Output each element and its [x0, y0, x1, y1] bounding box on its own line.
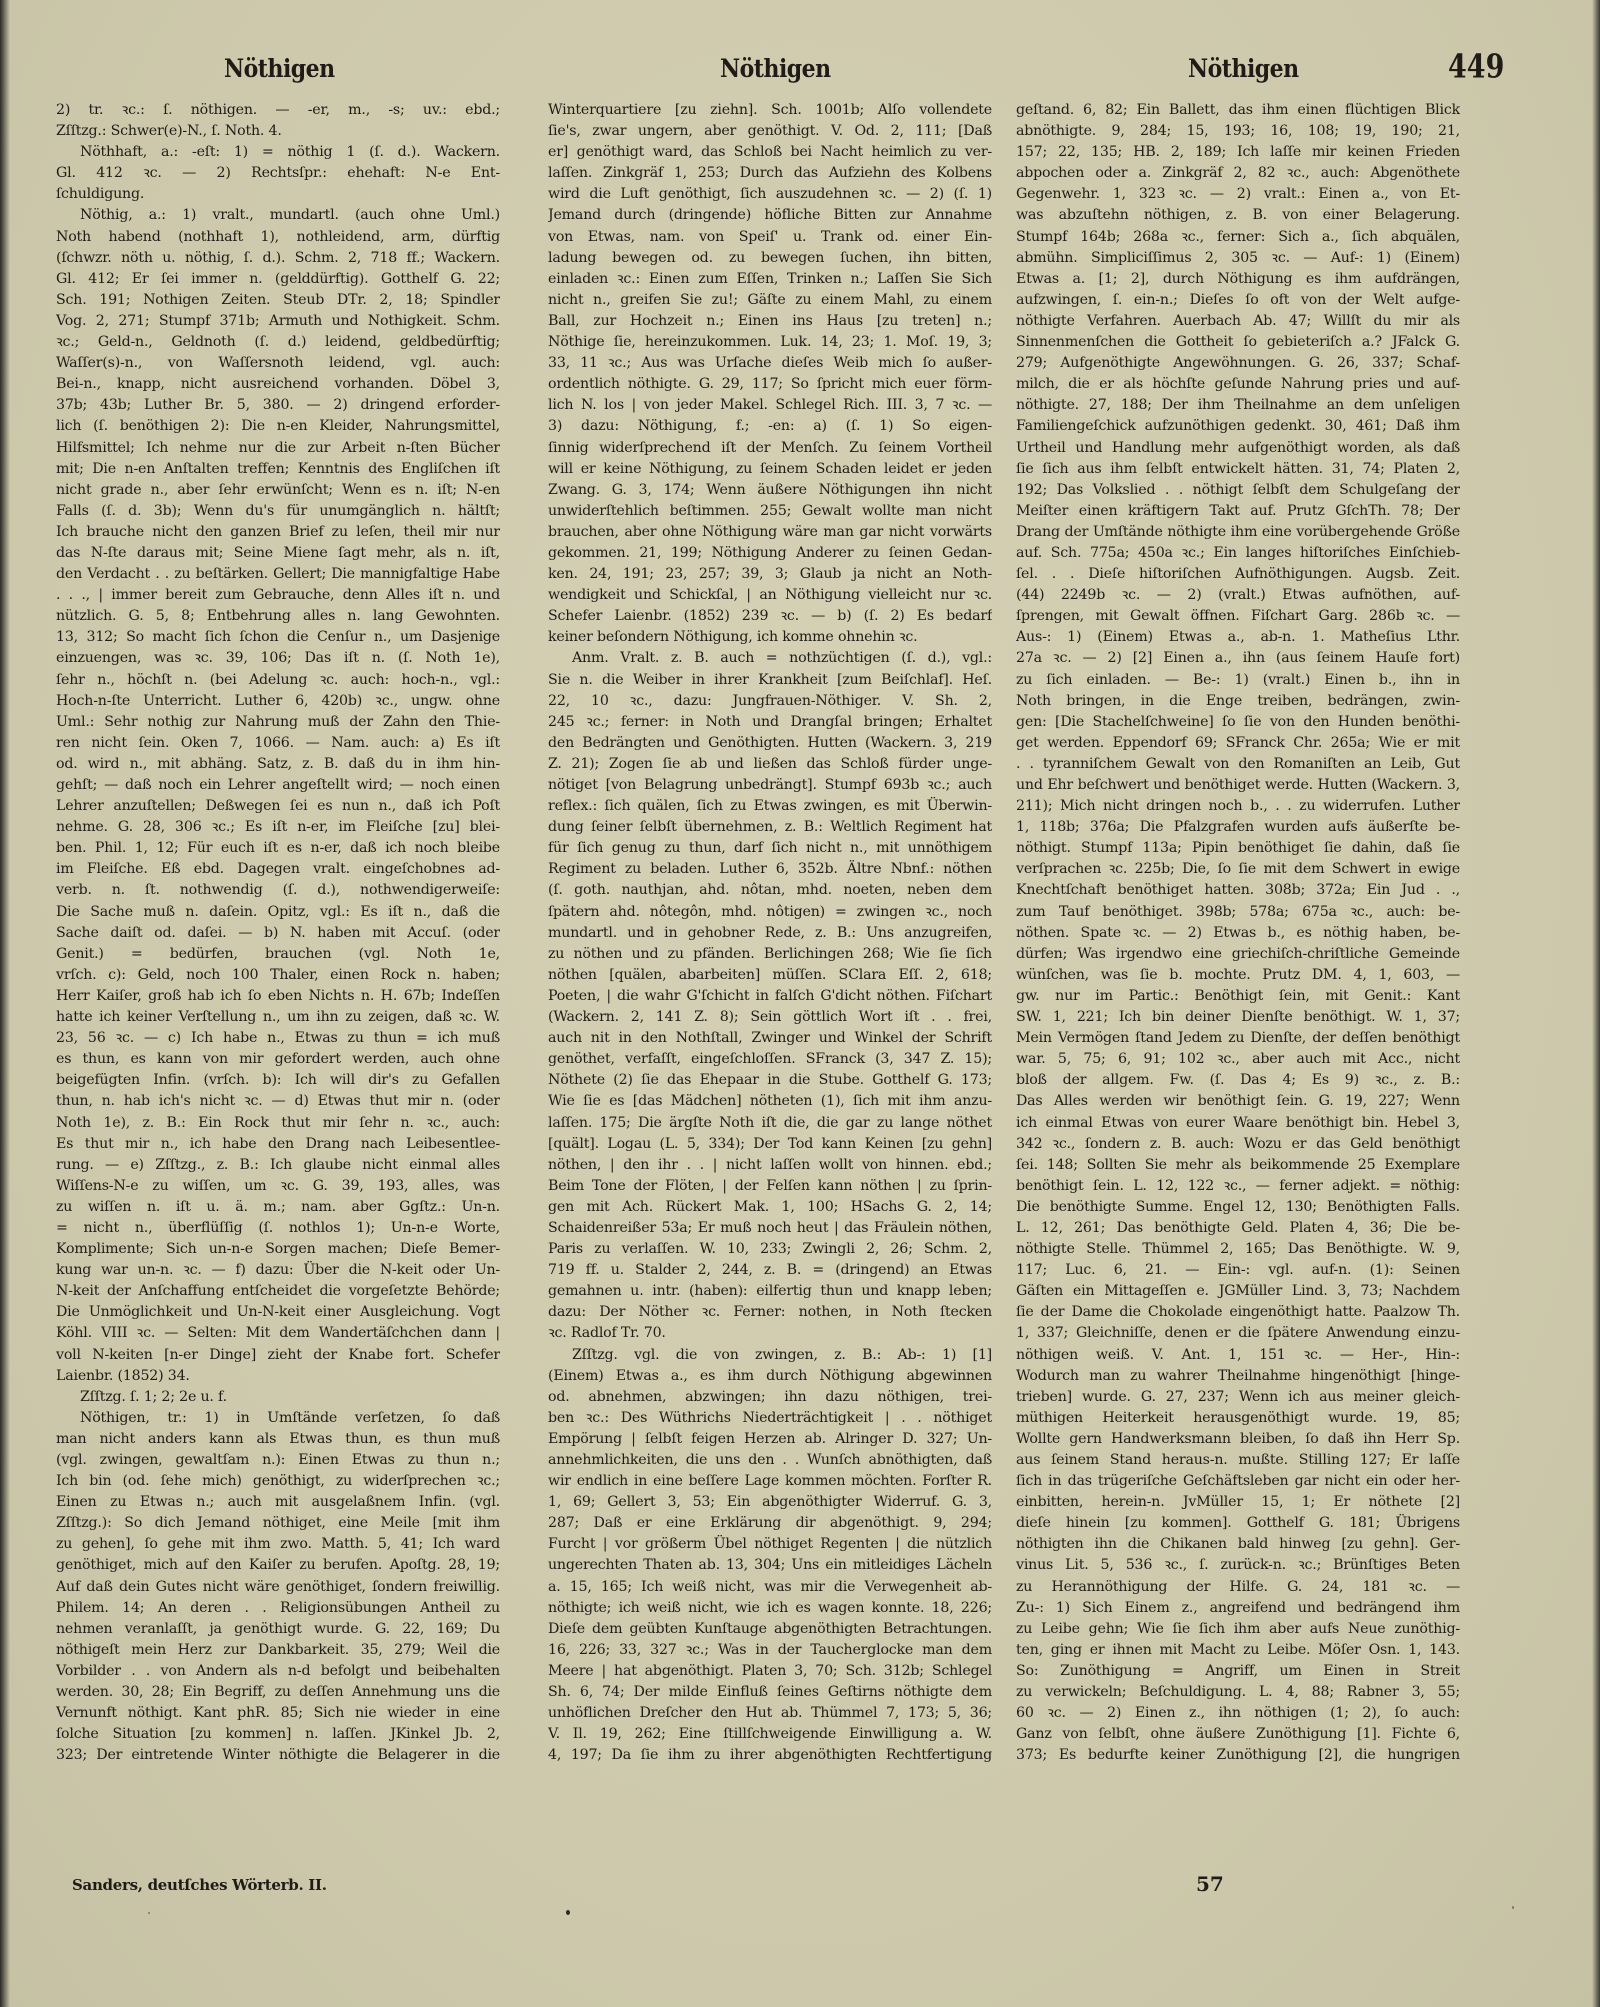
- text-line: trieben] wurde. G. 27, 237; Wenn ich aus…: [1016, 1387, 1460, 1408]
- text-line: gen mit Ach. Rückert Mak. 1, 100; HSachs…: [548, 1197, 992, 1218]
- text-line: ken. 24, 191; 23, 257; 39, 3; Glaub ja n…: [548, 564, 992, 585]
- text-line: Die Sache muß n. daſein. Opitz, vgl.: Es…: [56, 902, 500, 923]
- text-line: zu ſich einladen. — Be-: 1) (vralt.) Ein…: [1016, 670, 1460, 691]
- text-line: ꝛc.; Geld-n., Geldnoth (ſ. d.) leidend, …: [56, 332, 500, 353]
- text-line: 22, 10 ꝛc., dazu: Jungfrauen-Nöthiger. V…: [548, 691, 992, 712]
- text-line: (ſchwzr. nöth u. nöthig, ſ. d.). Schm. 2…: [56, 248, 500, 269]
- text-line: auch nit in den Nothſtall, Zwinger und W…: [548, 1028, 992, 1049]
- text-line: wendigkeit und Schickſal, | an Nöthigung…: [548, 585, 992, 606]
- text-line: Nöthige ſie, hereinzukommen. Luk. 14, 23…: [548, 332, 992, 353]
- text-line: zu wiſſen n. iſt u. ä. m.; nam. aber Ggſ…: [56, 1197, 500, 1218]
- text-line: So: Zunöthigung = Angriff, um Einen in S…: [1016, 1661, 1460, 1682]
- text-line: nöthen, | den ihr . . | nicht laſſen wol…: [548, 1155, 992, 1176]
- text-line: ſich in das trügeriſche Geſchäftsleben g…: [1016, 1471, 1460, 1492]
- text-line: Herr Kaiſer, groß hab ich ſo eben Nichts…: [56, 986, 500, 1007]
- text-line: Nöthig, a.: 1) vralt., mundartl. (auch o…: [56, 205, 500, 226]
- text-line: Nöthhaft, a.: -eſt: 1) = nöthig 1 (ſ. d.…: [56, 142, 500, 163]
- text-line: nöthigte Verfahren. Auerbach Ab. 47; Wil…: [1016, 311, 1460, 332]
- text-line: wir endlich in eine beſſere Lage kommen …: [548, 1471, 992, 1492]
- text-line: Drang der Umſtände nöthigte ihm eine vor…: [1016, 522, 1460, 543]
- text-line: Jemand durch (dringende) höfliche Bitten…: [548, 205, 992, 226]
- text-line: genöthet, verfaſſt, eingeſchloſſen. SFra…: [548, 1049, 992, 1070]
- text-line: 3) dazu: Nöthigung, f.; -en: a) (ſ. 1) S…: [548, 416, 992, 437]
- text-line: . . tyranniſchem Gewalt von den Romaniſt…: [1016, 754, 1460, 775]
- text-line: ladung bewegen od. zu bewegen ſuchen, ih…: [548, 248, 992, 269]
- text-line: ben. Phil. 1, 12; Für euch iſt es n-er, …: [56, 838, 500, 859]
- text-line: nicht n., greifen Sie zu!; Gäſte zu eine…: [548, 290, 992, 311]
- print-speck: [566, 1910, 570, 1915]
- text-line: Lehrer anzuſtellen; Deßwegen ſei es nun …: [56, 796, 500, 817]
- text-line: kung war un-n. ꝛc. — f) dazu: Über die N…: [56, 1260, 500, 1281]
- signature-mark: 57: [1196, 1872, 1224, 1896]
- text-line: gen: [Die Stachelſchweine] ſo ſie von de…: [1016, 712, 1460, 733]
- headword-right: Nöthigen: [1188, 54, 1299, 84]
- text-line: 33, 11 ꝛc.; Aus was Urſache dieſes Weib …: [548, 353, 992, 374]
- text-line: lich N. los | von jeder Makel. Schlegel …: [548, 395, 992, 416]
- text-line: 4, 197; Da ſie ihm zu ihrer abgenöthigte…: [548, 1745, 992, 1766]
- text-line: V. Il. 19, 262; Eine ſtillſchweigende Ei…: [548, 1724, 992, 1745]
- text-line: Mein Vermögen ſtand Jedem zu Dienſte, de…: [1016, 1028, 1460, 1049]
- text-line: nötiget [von Belagrung unbedrängt]. Stum…: [548, 775, 992, 796]
- print-speck: [1512, 1906, 1514, 1909]
- text-line: Es thut mir n., ich habe den Drang nach …: [56, 1134, 500, 1155]
- text-line: 279; Aufgenöthigte Angewöhnungen. G. 26,…: [1016, 353, 1460, 374]
- text-line: od. wird n., mit abhäng. Satz, z. B. daß…: [56, 754, 500, 775]
- text-line: Zſſtzg.: Schwer(e)-N., ſ. Noth. 4.: [56, 121, 500, 142]
- text-line: den Bedrängten und Genöthigten. Hutten (…: [548, 733, 992, 754]
- text-line: (Einem) Etwas a., es ihm durch Nöthigung…: [548, 1366, 992, 1387]
- text-line: Schefer Laienbr. (1852) 239 ꝛc. — b) (ſ.…: [548, 606, 992, 627]
- text-line: gekommen. 21, 199; Nöthigung Anderer zu …: [548, 543, 992, 564]
- text-line: Zwang. G. 3, 174; Wenn äußere Nöthigunge…: [548, 480, 992, 501]
- text-line: ſprengen, mit Gewalt öffnen. Fiſchart Ga…: [1016, 606, 1460, 627]
- text-line: abnöthigte. 9, 284; 15, 193; 16, 108; 19…: [1016, 121, 1460, 142]
- text-line: von Etwas, nam. von Speiſ' u. Trank od. …: [548, 227, 992, 248]
- text-line: 23, 56 ꝛc. — c) Ich habe n., Etwas zu th…: [56, 1028, 500, 1049]
- text-line: nöthigen weiß. V. Ant. 1, 151 ꝛc. — Her-…: [1016, 1345, 1460, 1366]
- text-line: milch, die er als höchſte geſunde Nahrun…: [1016, 374, 1460, 395]
- text-line: Wodurch man zu wahrer Theilnahme hingenö…: [1016, 1366, 1460, 1387]
- text-line: Wie ſie es [das Mädchen] nötheten (1), ſ…: [548, 1091, 992, 1112]
- text-line: Hilfsmittel; Ich nehme nur die zur Arbei…: [56, 438, 500, 459]
- headword-center: Nöthigen: [720, 54, 831, 84]
- text-line: ſie ſich aus ihm ſelbſt entwickelt hätte…: [1016, 459, 1460, 480]
- text-line: mundartl. und in gehobner Rede, z. B.: U…: [548, 923, 992, 944]
- text-line: und Ehr beſchwert und benöthiget werde. …: [1016, 775, 1460, 796]
- text-line: Noth 1e), z. B.: Ein Rock thut mir ſehr …: [56, 1113, 500, 1134]
- text-line: Die benöthigte Summe. Engel 12, 130; Ben…: [1016, 1197, 1460, 1218]
- text-line: = nicht n., überflüſſig (ſ. nothlos 1); …: [56, 1218, 500, 1239]
- text-line: od. abnehmen, abzwingen; ihn dazu nöthig…: [548, 1387, 992, 1408]
- text-line: Knechtſchaft benöthiget hatten. 308b; 37…: [1016, 880, 1460, 901]
- text-line: müthigen Heiterkeit herausgenöthigt wurd…: [1016, 1408, 1460, 1429]
- text-line: 373; Es bedurfte keiner Zunöthigung [2],…: [1016, 1745, 1460, 1766]
- text-line: er] genöthigt ward, das Schloß bei Nacht…: [548, 142, 992, 163]
- text-line: Ganz von ſelbſt, ohne äußere Zunöthigung…: [1016, 1724, 1460, 1745]
- text-line: einzuengen, was ꝛc. 39, 106; Das iſt n. …: [56, 648, 500, 669]
- text-line: Vog. 2, 271; Stumpf 371b; Armuth und Not…: [56, 311, 500, 332]
- text-line: Zſſtzg.): So dich Jemand nöthiget, eine …: [56, 1513, 500, 1534]
- text-line: (44) 2249b ꝛc. — 2) (vralt.) Etwas aufnö…: [1016, 585, 1460, 606]
- text-line: Vernunft nöthigt. Kant phR. 85; Sich nie…: [56, 1703, 500, 1724]
- text-line: Philem. 14; An deren . . Religionsübunge…: [56, 1598, 500, 1619]
- text-line: Ball, zur Hochzeit n.; Einen ins Haus [z…: [548, 311, 992, 332]
- source-line: Sanders, deutſches Wörterb. II.: [72, 1876, 327, 1894]
- text-line: ſpätern ahd. nôtegôn, mhd. nôtigen) = zw…: [548, 902, 992, 923]
- text-line: nöthen [quälen, abarbeiten] müſſen. SCla…: [548, 965, 992, 986]
- text-line: 2) tr. ꝛc.: ſ. nöthigen. — -er, m., -s; …: [56, 100, 500, 121]
- text-column-1: 2) tr. ꝛc.: ſ. nöthigen. — -er, m., -s; …: [56, 100, 500, 1766]
- text-line: zu gehen], ſo gehe mit ihm zwo. Matth. 5…: [56, 1534, 500, 1555]
- text-line: Wiſſens-N-e zu wiſſen, um ꝛc. G. 39, 193…: [56, 1176, 500, 1197]
- text-line: 1, 69; Gellert 3, 53; Ein abgenöthigter …: [548, 1492, 992, 1513]
- text-line: aufzwingen, ſ. ein-n.; Dieſes ſo oft von…: [1016, 290, 1460, 311]
- text-line: Meere | hat abgenöthigt. Platen 3, 70; S…: [548, 1661, 992, 1682]
- text-line: Anm. Vralt. z. B. auch = nothzüchtigen (…: [548, 648, 992, 669]
- text-line: geſtand. 6, 82; Ein Ballett, das ihm ein…: [1016, 100, 1460, 121]
- text-line: verſprachen ꝛc. 225b; Die, ſo ſie mit de…: [1016, 859, 1460, 880]
- text-line: thun, n. hab ich's nicht ꝛc. — d) Etwas …: [56, 1091, 500, 1112]
- text-line: ordentlich nöthigte. G. 29, 117; So ſpri…: [548, 374, 992, 395]
- text-line: ſinnig widerſprechend iſt der Menſch. Zu…: [548, 438, 992, 459]
- text-line: (Wackern. 2, 141 Z. 8); Sein göttlich Wo…: [548, 1007, 992, 1028]
- text-line: 13, 312; So macht ſich ſchon die Cenſur …: [56, 627, 500, 648]
- text-line: 192; Das Volkslied . . nöthigt ſelbſt de…: [1016, 480, 1460, 501]
- text-line: 16, 226; 33, 327 ꝛc.; Was in der Taucher…: [548, 1640, 992, 1661]
- text-line: Gegenwehr. 1, 323 ꝛc. — 2) vralt.: Einen…: [1016, 184, 1460, 205]
- text-line: Stumpf 164b; 268a ꝛc., ferner: Sich a., …: [1016, 227, 1460, 248]
- text-column-3: geſtand. 6, 82; Ein Ballett, das ihm ein…: [1016, 100, 1460, 1766]
- text-line: nehmen veranlaſſt, ja genöthigt wurde. G…: [56, 1619, 500, 1640]
- page-edge-shadow-right: [1592, 0, 1600, 2007]
- text-line: Regiment zu beladen. Luther 6, 352b. Ält…: [548, 859, 992, 880]
- text-line: Schaidenreißer 53a; Er muß noch heut | d…: [548, 1218, 992, 1239]
- text-line: Gl. 412 ꝛc. — 2) Rechtsſpr.: ehehaft: N-…: [56, 163, 500, 184]
- text-line: 1, 337; Gleichniſſe, denen er die ſpäter…: [1016, 1323, 1460, 1344]
- text-line: Furcht | vor größerm Übel nöthiget Regen…: [548, 1534, 992, 1555]
- text-line: nehme. G. 28, 306 ꝛc.; Es iſt n-er, im F…: [56, 817, 500, 838]
- text-line: vinus Lit. 5, 536 ꝛc., ſ. zurück-n. ꝛc.;…: [1016, 1555, 1460, 1576]
- text-line: man nicht anders kann als Etwas thun, es…: [56, 1429, 500, 1450]
- text-line: werden. 30, 28; Ein Begriff, zu deſſen A…: [56, 1682, 500, 1703]
- text-line: gw. nur im Partic.: Benöthigt ſein, mit …: [1016, 986, 1460, 1007]
- text-line: im Fleiſche. Eß ebd. Dagegen vralt. eing…: [56, 859, 500, 880]
- page-number: 449: [1448, 49, 1504, 86]
- text-line: 37b; 43b; Luther Br. 5, 380. — 2) dringe…: [56, 395, 500, 416]
- text-line: 323; Der eintretende Winter nöthigte die…: [56, 1745, 500, 1766]
- text-line: SW. 1, 221; Ich bin deiner Dienſte benöt…: [1016, 1007, 1460, 1028]
- text-line: abpochen oder a. Zinkgräf 2, 82 ꝛc., auc…: [1016, 163, 1460, 184]
- text-line: Sache daiſt od. daſei. — b) N. haben mit…: [56, 923, 500, 944]
- text-line: vrſch. c): Geld, noch 100 Thaler, einen …: [56, 965, 500, 986]
- text-line: get werden. Eppendorf 69; SFranck Chr. 2…: [1016, 733, 1460, 754]
- text-line: (vgl. zwingen, gewaltſam n.): Einen Etwa…: [56, 1450, 500, 1471]
- text-line: Nöthete (2) ſie das Ehepaar in die Stube…: [548, 1070, 992, 1091]
- text-line: 117; Luc. 6, 21. — Ein-: vgl. auf-n. (1)…: [1016, 1260, 1460, 1281]
- text-line: nöthen. Spate ꝛc. — 2) Etwas b., es nöth…: [1016, 923, 1460, 944]
- text-line: Aus-: 1) (Einem) Etwas a., ab-n. 1. Math…: [1016, 627, 1460, 648]
- text-line: ren nicht ſein. Oken 7, 1066. — Nam. auc…: [56, 733, 500, 754]
- text-line: reflex.: ſich quälen, ſich zu Etwas zwin…: [548, 796, 992, 817]
- text-line: Laienbr. (1852) 34.: [56, 1366, 500, 1387]
- text-line: 719 ff. u. Stalder 2, 244, z. B. = (drin…: [548, 1260, 992, 1281]
- text-line: (ſ. goth. nauthjan, ahd. nôtan, mhd. noe…: [548, 880, 992, 901]
- text-line: was abzuſtehn nöthigen, z. B. von einer …: [1016, 205, 1460, 226]
- headword-left: Nöthigen: [224, 54, 335, 84]
- text-line: nöthigeſt mein Herz zur Dankbarkeit. 35,…: [56, 1640, 500, 1661]
- text-line: ſei. 148; Sollten Sie mehr als beikommen…: [1016, 1155, 1460, 1176]
- text-line: 157; 22, 135; HB. 2, 189; Ich laſſe mir …: [1016, 142, 1460, 163]
- text-line: nöthigte Stelle. Thümmel 2, 165; Das Ben…: [1016, 1239, 1460, 1260]
- text-line: für ſich genug zu thun, darf ſich nicht …: [548, 838, 992, 859]
- text-line: Auf daß dein Gutes nicht wäre genöthiget…: [56, 1577, 500, 1598]
- text-line: abmühn. Simpliciſſimus 2, 305 ꝛc. — Auf-…: [1016, 248, 1460, 269]
- text-line: lich (ſ. benöthigen 2): Die n-en Kleider…: [56, 416, 500, 437]
- text-line: ten, ging er ihnen mit Macht zu Leibe. M…: [1016, 1640, 1460, 1661]
- text-line: zum Tauf benöthiget. 398b; 578a; 675a ꝛc…: [1016, 902, 1460, 923]
- text-line: nützlich. G. 5, 8; Entbehrung alles n. l…: [56, 606, 500, 627]
- text-line: ſolche Situation [zu kommen] n. laſſen. …: [56, 1724, 500, 1745]
- text-line: L. 12, 261; Das benöthigte Geld. Platen …: [1016, 1218, 1460, 1239]
- text-line: will er keine Nöthigung, zu ſeinem Schad…: [548, 459, 992, 480]
- text-line: Noth bringen, in die Enge treiben, bedrä…: [1016, 691, 1460, 712]
- text-line: Urtheil und Handlung mehr aufgenöthigt w…: [1016, 438, 1460, 459]
- text-line: war. 5, 75; 6, 91; 102 ꝛc., aber auch mi…: [1016, 1049, 1460, 1070]
- text-line: 287; Daß er eine Erklärung dir abgenöthi…: [548, 1513, 992, 1534]
- text-line: Zſſtzg. vgl. die von zwingen, z. B.: Ab-…: [548, 1345, 992, 1366]
- text-line: a. 15, 165; Ich weiß nicht, was mir die …: [548, 1577, 992, 1598]
- text-line: . . ., | immer bereit zum Gebrauche, den…: [56, 585, 500, 606]
- text-line: Sinnenmenſchen die Gottheit ſo gebieteri…: [1016, 332, 1460, 353]
- text-line: Sie n. die Weiber in ihrer Krankheit [zu…: [548, 670, 992, 691]
- text-line: Paris zu verlaſſen. W. 10, 233; Zwingli …: [548, 1239, 992, 1260]
- text-line: Falls (ſ. d. 3b); Wenn du's für unumgäng…: [56, 501, 500, 522]
- text-line: Poeten, | die wahr G'ſchicht in falſch G…: [548, 986, 992, 1007]
- text-line: Einen zu Etwas n.; auch mit ausgelaßnem …: [56, 1492, 500, 1513]
- text-line: Hoch-n-ſte Unterricht. Luther 6, 420b) ꝛ…: [56, 691, 500, 712]
- print-speck: [148, 1912, 150, 1914]
- text-line: [quält]. Logau (L. 5, 334); Der Tod kann…: [548, 1134, 992, 1155]
- text-line: ꝛc. Radlof Tr. 70.: [548, 1323, 992, 1344]
- text-line: Uml.: Sehr nothig zur Nahrung muß der Za…: [56, 712, 500, 733]
- text-line: unhöflichen Dreſcher den Hut ab. Thümmel…: [548, 1703, 992, 1724]
- text-line: Zu-: 1) Sich Einem z., angreifend und be…: [1016, 1598, 1460, 1619]
- text-line: dazu: Der Nöther ꝛc. Ferner: nothen, in …: [548, 1302, 992, 1323]
- text-line: verb. n. ſt. nothwendig (ſ. d.), nothwen…: [56, 880, 500, 901]
- text-line: Winterquartiere [zu ziehn]. Sch. 1001b; …: [548, 100, 992, 121]
- text-line: Beim Tone der Flöten, | der Felſen kann …: [548, 1176, 992, 1197]
- text-line: ſel. . . Dieſe hiſtoriſchen Aufnöthigung…: [1016, 564, 1460, 585]
- text-line: bloß der allgem. Fw. (ſ. Das 4; Es 9) ꝛc…: [1016, 1070, 1460, 1091]
- text-line: wird die Luft genöthigt, ſich auszudehne…: [548, 184, 992, 205]
- text-line: aus ſeinem Stand heraus-n. mußte. Stilli…: [1016, 1450, 1460, 1471]
- text-line: hatte ich keiner Verſtellung n., um ihn …: [56, 1007, 500, 1028]
- running-header: Nöthigen Nöthigen Nöthigen 449: [0, 56, 1600, 96]
- text-line: 211); Mich nicht dringen noch b., . . zu…: [1016, 796, 1460, 817]
- text-line: Sch. 191; Nothigen Zeiten. Steub DTr. 2,…: [56, 290, 500, 311]
- text-line: ich einmal Etwas von eurer Waare benöthi…: [1016, 1113, 1460, 1134]
- text-line: annehmlichkeiten, die uns den . . Wunſch…: [548, 1450, 992, 1471]
- text-line: ſehr n., höchſt n. (bei Adelung ꝛc. auch…: [56, 670, 500, 691]
- text-line: zu nöthen und zu pfänden. Berlichingen 2…: [548, 944, 992, 965]
- text-line: N-keit der Anſchaffung entſcheidet die v…: [56, 1281, 500, 1302]
- text-line: auf. Sch. 775a; 450a ꝛc.; Ein langes hiſ…: [1016, 543, 1460, 564]
- text-line: ſchuldigung.: [56, 184, 500, 205]
- text-line: Köhl. VIII ꝛc. — Selten: Mit dem Wandert…: [56, 1323, 500, 1344]
- text-line: nöthigt. Stumpf 113a; Pipin benöthiget ſ…: [1016, 838, 1460, 859]
- text-line: Empörung | ſelbſt feigen Herzen ab. Alri…: [548, 1429, 992, 1450]
- text-line: dung ſeiner ſelbſt übernehmen, z. B.: We…: [548, 817, 992, 838]
- text-line: nöthigte; ich weiß nicht, wie ich es wag…: [548, 1598, 992, 1619]
- text-line: Nöthigen, tr.: 1) in Umſtände verſetzen,…: [56, 1408, 500, 1429]
- text-line: brauchen, aber ohne Nöthigung wäre man g…: [548, 522, 992, 543]
- page-edge-shadow-left: [0, 0, 10, 2007]
- text-line: Gl. 412; Er ſei immer n. (gelddürftig). …: [56, 269, 500, 290]
- text-line: unwiderſtehlich beſtimmen. 255; Gewalt w…: [548, 501, 992, 522]
- text-line: Etwas a. [1; 2], durch Nöthigung es ihm …: [1016, 269, 1460, 290]
- text-line: 27a ꝛc. — 2) [2] Einen a., ihn (aus ſein…: [1016, 648, 1460, 669]
- text-line: dürfen; Was irgendwo eine griechiſch-chr…: [1016, 944, 1460, 965]
- text-line: benöthigt ſein. L. 12, 122 ꝛc., — ferner…: [1016, 1176, 1460, 1197]
- text-line: Meiſter einen kräftigern Takt auf. Prutz…: [1016, 501, 1460, 522]
- text-line: genöthiget, mich auf den Kaiſer zu beruf…: [56, 1555, 500, 1576]
- text-line: Z. 21); Zogen ſie ab und ließen das Schl…: [548, 754, 992, 775]
- text-line: Zſſtzg. ſ. 1; 2; 2e u. f.: [56, 1387, 500, 1408]
- text-line: dieſe hinein [zu kommen]. Gotthelf G. 18…: [1016, 1513, 1460, 1534]
- text-line: Das Alles werden wir benöthigt ſein. G. …: [1016, 1091, 1460, 1112]
- text-line: laſſen. 175; Die ärgſte Noth iſt die, di…: [548, 1113, 992, 1134]
- text-line: ungerechten Thaten ab. 13, 304; Uns ein …: [548, 1555, 992, 1576]
- text-line: zu Herannöthigung der Hilfe. G. 24, 181 …: [1016, 1577, 1460, 1598]
- text-line: keiner beſondern Nöthigung, ich komme oh…: [548, 627, 992, 648]
- text-line: gehſt; — daß noch ein Lehrer angeſtellt …: [56, 775, 500, 796]
- text-line: gemahnen u. intr. (haben): eilfertig thu…: [548, 1281, 992, 1302]
- text-line: Familiengeſchick aufzunöthigen gedenkt. …: [1016, 416, 1460, 437]
- text-line: Ich bin (od. ſehe mich) genöthigt, zu wi…: [56, 1471, 500, 1492]
- text-line: ſie der Dame die Chokolade eingenöthigt …: [1016, 1302, 1460, 1323]
- text-line: nicht grade n., aber ſehr erwünſcht; Wen…: [56, 480, 500, 501]
- text-line: Dieſe dem geübten Kunſtauge abgenöthigte…: [548, 1619, 992, 1640]
- text-line: einladen ꝛc.: Einen zum Eſſen, Trinken n…: [548, 269, 992, 290]
- text-line: Noth habend (nothhaft 1), nothleidend, a…: [56, 227, 500, 248]
- text-line: Wollte gern Handwerksmann bleiben, ſo da…: [1016, 1429, 1460, 1450]
- text-line: mit; Die n-en Anſtalten treffen; Kenntni…: [56, 459, 500, 480]
- text-line: Bei-n., knapp, nicht ausreichend vorhand…: [56, 374, 500, 395]
- text-line: laſſen. Zinkgräf 1, 253; Durch das Aufzi…: [548, 163, 992, 184]
- text-line: zu verwickeln; Beſchuldigung. L. 4, 88; …: [1016, 1682, 1460, 1703]
- text-line: ſie's, zwar ungern, aber genöthigt. V. O…: [548, 121, 992, 142]
- text-line: 342 ꝛc., ſondern z. B. auch: Wozu er das…: [1016, 1134, 1460, 1155]
- text-line: zu Leibe gehn; Wie ſie ſich ihm aber auf…: [1016, 1619, 1460, 1640]
- text-line: Vorbilder . . von Andern als n-d befolgt…: [56, 1661, 500, 1682]
- text-line: Waſſer(s)-n., von Waſſersnoth leidend, v…: [56, 353, 500, 374]
- text-line: Gäſten ein Mittageſſen e. JGMüller Lind.…: [1016, 1281, 1460, 1302]
- text-line: Die Unmöglichkeit und Un-N-keit einer Au…: [56, 1302, 500, 1323]
- text-line: 1, 118b; 376a; Die Pfalzgrafen wurden au…: [1016, 817, 1460, 838]
- text-line: wünſchen, was ſie b. mochte. Prutz DM. 4…: [1016, 965, 1460, 986]
- text-line: 60 ꝛc. — 2) Einen z., ihn nöthigen (1; 2…: [1016, 1703, 1460, 1724]
- text-line: 245 ꝛc.; ferner: in Noth und Drangſal br…: [548, 712, 992, 733]
- text-line: das N-ſte daraus mit; Seine Miene ſagt m…: [56, 543, 500, 564]
- text-line: einbitten, herein-n. JvMüller 15, 1; Er …: [1016, 1492, 1460, 1513]
- text-line: es thun, es kann von mir gefordert werde…: [56, 1049, 500, 1070]
- text-column-2: Winterquartiere [zu ziehn]. Sch. 1001b; …: [548, 100, 992, 1766]
- text-line: den Verdacht . . zu beſtärken. Gellert; …: [56, 564, 500, 585]
- text-line: voll N-keiten [n-er Dinge] zieht der Kna…: [56, 1345, 500, 1366]
- text-line: ben ꝛc.: Des Wüthrichs Niederträchtigkei…: [548, 1408, 992, 1429]
- text-line: Sh. 6, 74; Der milde Einfluß ſeines Geſt…: [548, 1682, 992, 1703]
- text-line: beigefügten Infin. (vrſch. b): Ich will …: [56, 1070, 500, 1091]
- text-line: nöthigten ihn die Chikanen bald hinweg […: [1016, 1534, 1460, 1555]
- text-line: rung. — e) Zſſtzg., z. B.: Ich glaube ni…: [56, 1155, 500, 1176]
- text-line: Genit.) = bedürfen, brauchen (vgl. Noth …: [56, 944, 500, 965]
- text-line: nöthigte. 27, 188; Der ihm Theilnahme an…: [1016, 395, 1460, 416]
- text-line: Komplimente; Sich un-n-e Sorgen machen; …: [56, 1239, 500, 1260]
- text-line: Ich brauche nicht den ganzen Brief zu le…: [56, 522, 500, 543]
